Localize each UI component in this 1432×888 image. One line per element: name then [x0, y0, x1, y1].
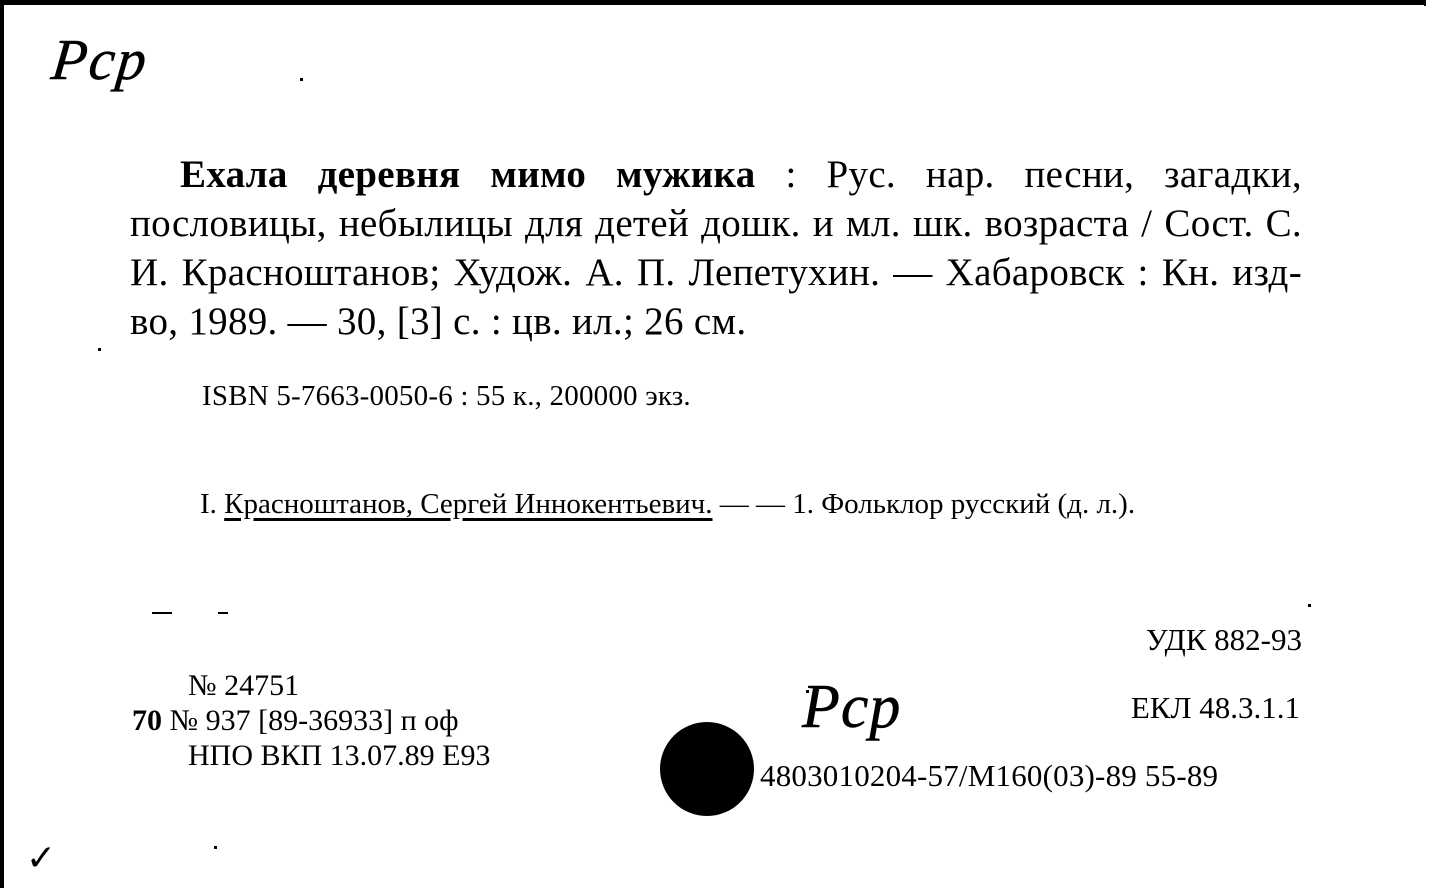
checkmark-icon: ✓ [26, 838, 56, 879]
tracing-subject: — — 1. Фольклор русский (д. л.). [713, 488, 1136, 520]
tracing-entry: I. Красноштанов, Сергей Иннокентьевич. —… [130, 484, 1302, 524]
scan-speck [98, 348, 101, 351]
card-border-top [0, 0, 1424, 5]
scan-speck [1308, 604, 1311, 607]
handwritten-mark-top: Рср [48, 26, 151, 93]
catalog-card: Рср Ехала деревня мимо мужика : Рус. нар… [0, 0, 1432, 888]
punch-hole [660, 722, 754, 816]
scan-speck [214, 846, 217, 849]
scan-speck [218, 612, 228, 614]
ekl-code: ЕКЛ 48.3.1.1 [1131, 690, 1300, 726]
card-border-right [1424, 0, 1426, 6]
udk-code: УДК 882-93 [1146, 622, 1302, 658]
book-title: Ехала деревня мимо мужика [180, 153, 756, 196]
tracing-author-name: Красноштанов, Сергей Иннокентьевич. [224, 488, 712, 520]
scan-speck [300, 78, 303, 81]
imprint-number: № 24751 [132, 668, 491, 703]
bibliographic-entry: Ехала деревня мимо мужика : Рус. нар. пе… [130, 150, 1302, 346]
printing-imprint: № 24751 70 № 937 [89-36933] п оф НПО ВКП… [132, 668, 491, 773]
scan-speck [806, 690, 809, 693]
imprint-order-prefix: 70 [132, 704, 162, 737]
scan-speck [152, 612, 172, 614]
handwritten-mark-middle: Рср [802, 672, 901, 743]
imprint-publisher-date: НПО ВКП 13.07.89 Е93 [132, 738, 491, 773]
isbn-price-line: ISBN 5-7663-0050-6 : 55 к., 200000 экз. [202, 380, 691, 413]
imprint-order-rest: № 937 [89-36933] п оф [162, 704, 459, 737]
imprint-order-line: 70 № 937 [89-36933] п оф [132, 703, 491, 738]
card-border-left [0, 0, 4, 888]
publication-code: 4803010204-57/М160(03)-89 55-89 [760, 758, 1218, 794]
tracing-prefix: I. [200, 488, 224, 520]
